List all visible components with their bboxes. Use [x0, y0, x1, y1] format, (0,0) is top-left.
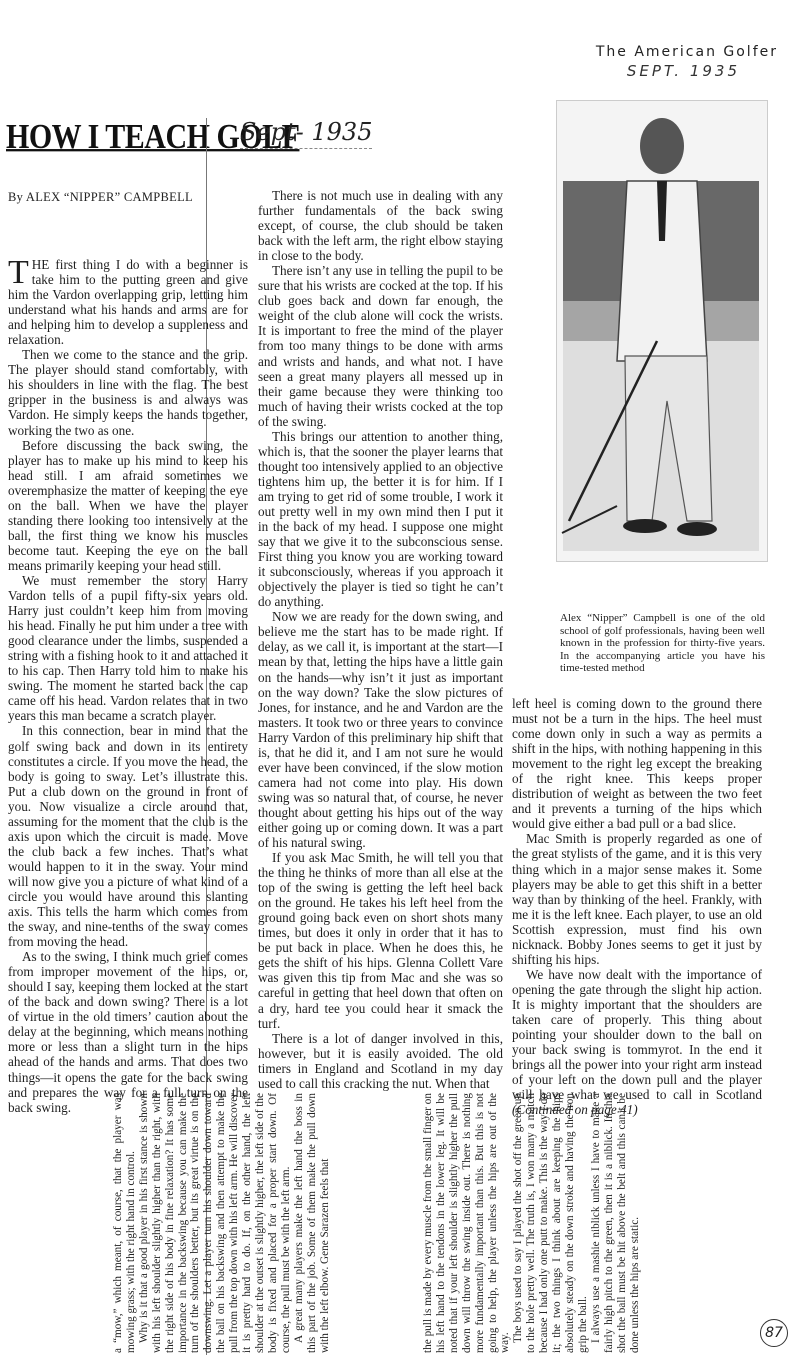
paragraph: Before discussing the back swing, the pl…	[8, 438, 248, 573]
paragraph: THE first thing I do with a beginner is …	[8, 257, 248, 347]
byline: By ALEX “NIPPER” CAMPBELL	[8, 190, 193, 205]
paragraph: the pull is made by every muscle from th…	[422, 1093, 512, 1353]
paragraph: a “mow,” which meant, of course, that th…	[112, 1093, 138, 1353]
page-number: 87	[760, 1319, 788, 1347]
paragraph: Why is it that a good player in his firs…	[138, 1093, 293, 1353]
article-column-2: There is not much use in dealing with an…	[258, 188, 503, 1091]
magazine-name: The American Golfer	[596, 44, 778, 60]
paragraph: Now we are ready for the down swing, and…	[258, 609, 503, 850]
paragraph: There is a lot of danger involved in thi…	[258, 1031, 503, 1091]
paragraph: left heel is coming down to the ground t…	[512, 696, 762, 831]
paragraph: This brings our attention to another thi…	[258, 429, 503, 610]
article-column-1: THE first thing I do with a beginner is …	[8, 257, 248, 1115]
paragraph: Then we come to the stance and the grip.…	[8, 347, 248, 437]
article-column-3: left heel is coming down to the ground t…	[512, 696, 762, 1117]
handwritten-title-date: Sept- 1935	[240, 118, 372, 149]
golfer-photo	[556, 100, 768, 562]
paragraph: A great many players make the left hand …	[293, 1093, 332, 1353]
rotated-column-2: the pull is made by every muscle from th…	[422, 1093, 424, 1353]
handwritten-date: SEPT. 1935	[627, 62, 740, 80]
paragraph: In this connection, bear in mind that th…	[8, 723, 248, 949]
paragraph: There is not much use in dealing with an…	[258, 188, 503, 263]
rotated-column-1: a “mow,” which meant, of course, that th…	[112, 1093, 114, 1353]
rotated-continuation: a “mow,” which meant, of course, that th…	[100, 1085, 760, 1355]
paragraph: The boys used to say I played the shot o…	[512, 1093, 589, 1353]
paragraph: We must remember the story Harry Vardon …	[8, 573, 248, 723]
paragraph: There isn’t any use in telling the pupil…	[258, 263, 503, 429]
drop-cap: T	[8, 259, 29, 287]
photo-caption: Alex “Nipper” Campbell is one of the old…	[560, 612, 765, 675]
paragraph: I always use a mashie niblick unless I h…	[590, 1093, 642, 1353]
paragraph: Mac Smith is properly regarded as one of…	[512, 831, 762, 966]
paragraph: If you ask Mac Smith, he will tell you t…	[258, 850, 503, 1031]
golfer-photo-icon	[557, 101, 767, 561]
